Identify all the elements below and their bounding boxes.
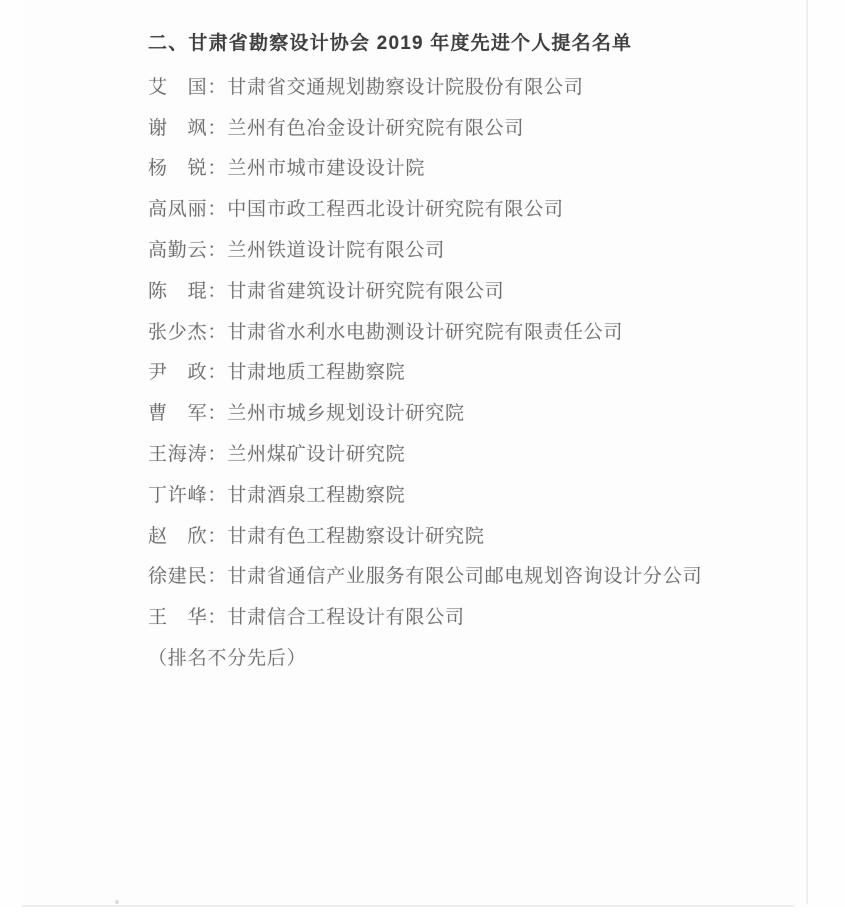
- organization-name: 兰州铁道设计院有限公司: [227, 235, 445, 262]
- nominee-row: 丁许峰：甘肃酒泉工程勘察院: [148, 473, 702, 514]
- organization-name: 兰州市城市建设设计院: [227, 153, 425, 180]
- name-colon: ：: [207, 276, 227, 303]
- person-name: 徐建民: [148, 561, 207, 588]
- name-colon: ：: [207, 480, 227, 507]
- organization-name: 甘肃省建筑设计研究院有限公司: [227, 276, 504, 303]
- scan-edge-bottom: [0, 907, 845, 912]
- nominee-row: 高勤云：兰州铁道设计院有限公司: [148, 228, 702, 269]
- person-name: 高凤丽: [148, 194, 207, 221]
- organization-name: 甘肃省交通规划勘察设计院股份有限公司: [227, 72, 583, 99]
- organization-name: 兰州市城乡规划设计研究院: [227, 398, 465, 425]
- name-colon: ：: [207, 602, 227, 629]
- person-name: 赵 欣: [148, 521, 207, 548]
- nominee-row: 尹 政：甘肃地质工程勘察院: [148, 351, 702, 392]
- nominee-row: 张少杰：甘肃省水利水电勘测设计研究院有限责任公司: [148, 310, 702, 351]
- name-colon: ：: [207, 521, 227, 548]
- ranking-footnote: （排名不分先后）: [148, 636, 702, 677]
- nominee-row: 艾 国：甘肃省交通规划勘察设计院股份有限公司: [148, 65, 702, 106]
- organization-name: 甘肃省通信产业服务有限公司邮电规划咨询设计分公司: [227, 561, 702, 588]
- name-colon: ：: [207, 317, 227, 344]
- person-name: 陈 琨: [148, 276, 207, 303]
- person-name: 谢 飒: [148, 113, 207, 140]
- person-name: 高勤云: [148, 235, 207, 262]
- person-name: 张少杰: [148, 317, 207, 344]
- organization-name: 中国市政工程西北设计研究院有限公司: [227, 194, 564, 221]
- nominee-row: 王 华：甘肃信合工程设计有限公司: [148, 595, 702, 636]
- nominee-row: 王海涛：兰州煤矿设计研究院: [148, 432, 702, 473]
- organization-name: 甘肃信合工程设计有限公司: [227, 602, 465, 629]
- scan-edge-left: [0, 0, 24, 912]
- organization-name: 甘肃地质工程勘察院: [227, 357, 405, 384]
- nominee-row: 曹 军：兰州市城乡规划设计研究院: [148, 391, 702, 432]
- organization-name: 兰州煤矿设计研究院: [227, 439, 405, 466]
- person-name: 杨 锐: [148, 153, 207, 180]
- name-colon: ：: [207, 235, 227, 262]
- scan-shadow-line-right: [806, 0, 808, 904]
- organization-name: 甘肃酒泉工程勘察院: [227, 480, 405, 507]
- name-colon: ：: [207, 153, 227, 180]
- person-name: 尹 政: [148, 357, 207, 384]
- nominee-row: 高凤丽：中国市政工程西北设计研究院有限公司: [148, 187, 702, 228]
- organization-name: 兰州有色冶金设计研究院有限公司: [227, 113, 524, 140]
- scan-shadow-line-bottom: [22, 905, 794, 907]
- name-colon: ：: [207, 561, 227, 588]
- organization-name: 甘肃省水利水电勘测设计研究院有限责任公司: [227, 317, 623, 344]
- nominee-list: 艾 国：甘肃省交通规划勘察设计院股份有限公司 谢 飒：兰州有色冶金设计研究院有限…: [148, 65, 702, 677]
- name-colon: ：: [207, 357, 227, 384]
- nominee-row: 杨 锐：兰州市城市建设设计院: [148, 147, 702, 188]
- name-colon: ：: [207, 113, 227, 140]
- footnote-text: （排名不分先后）: [148, 643, 306, 670]
- nominee-row: 谢 飒：兰州有色冶金设计研究院有限公司: [148, 106, 702, 147]
- person-name: 曹 军: [148, 398, 207, 425]
- person-name: 王海涛: [148, 439, 207, 466]
- organization-name: 甘肃有色工程勘察设计研究院: [227, 521, 484, 548]
- section-title: 二、甘肃省勘察设计协会 2019 年度先进个人提名名单: [148, 33, 632, 55]
- nominee-row: 徐建民：甘肃省通信产业服务有限公司邮电规划咨询设计分公司: [148, 555, 702, 596]
- person-name: 王 华: [148, 602, 207, 629]
- scan-edge-right: [808, 0, 845, 912]
- nominee-row: 陈 琨：甘肃省建筑设计研究院有限公司: [148, 269, 702, 310]
- scan-speck: [115, 900, 119, 904]
- name-colon: ：: [207, 398, 227, 425]
- person-name: 艾 国: [148, 72, 207, 99]
- name-colon: ：: [207, 439, 227, 466]
- name-colon: ：: [207, 72, 227, 99]
- person-name: 丁许峰: [148, 480, 207, 507]
- name-colon: ：: [207, 194, 227, 221]
- scanned-document-page: 二、甘肃省勘察设计协会 2019 年度先进个人提名名单 艾 国：甘肃省交通规划勘…: [0, 0, 845, 912]
- nominee-row: 赵 欣：甘肃有色工程勘察设计研究院: [148, 514, 702, 555]
